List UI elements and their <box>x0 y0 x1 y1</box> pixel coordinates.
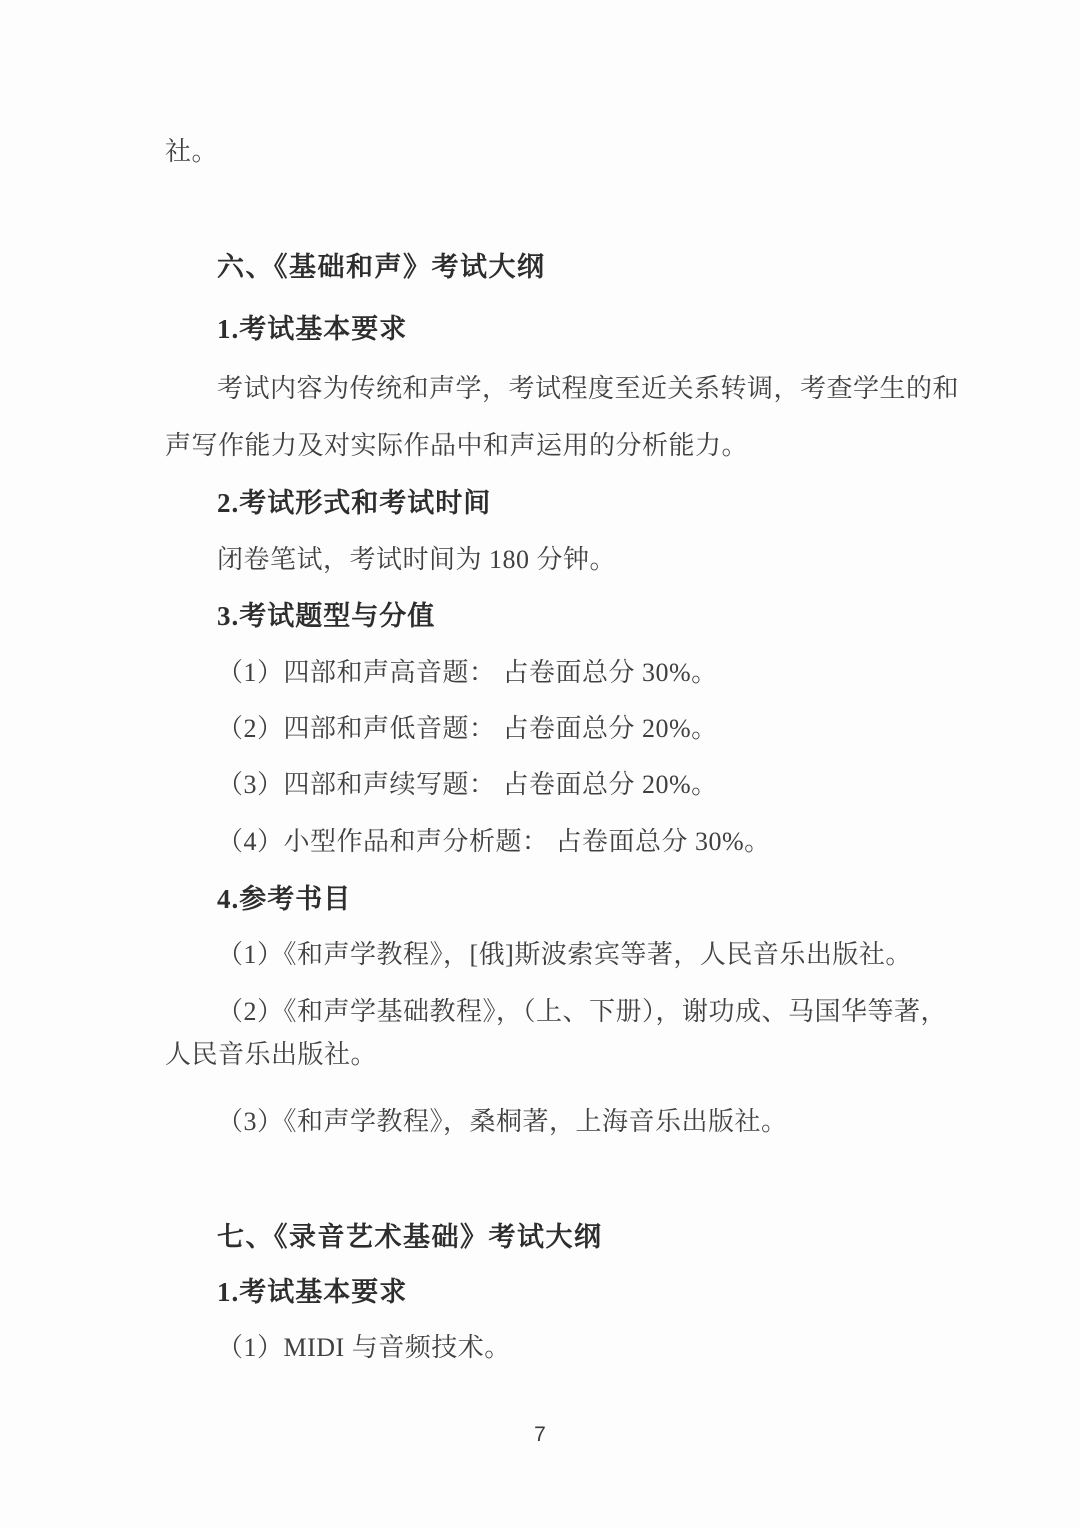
document-page: 社。 六、《基础和声》考试大纲 1.考试基本要求 考试内容为传统和声学，考试程度… <box>0 0 1080 1528</box>
list-item: （1）四部和声高音题： 占卷面总分 30%。 <box>217 658 718 688</box>
subsection-heading-basic-requirements: 1.考试基本要求 <box>217 314 407 344</box>
reference-item-continuation: 人民音乐出版社。 <box>165 1040 377 1070</box>
subsection-heading-question-types-scores: 3.考试题型与分值 <box>217 601 435 631</box>
page-number: 7 <box>0 1420 1080 1450</box>
list-item: （1）MIDI 与音频技术。 <box>217 1333 511 1363</box>
reference-item: （3）《和声学教程》，桑桐著，上海音乐出版社。 <box>217 1107 788 1137</box>
previous-paragraph-tail: 社。 <box>165 137 218 167</box>
reference-item: （1）《和声学教程》，[俄]斯波索宾等著，人民音乐出版社。 <box>217 940 912 970</box>
list-item: （2）四部和声低音题： 占卷面总分 20%。 <box>217 714 718 744</box>
paragraph-line: 考试内容为传统和声学，考试程度至近关系转调，考查学生的和 <box>217 374 959 404</box>
reference-item: （2）《和声学基础教程》，（上、下册），谢功成、马国华等著， <box>217 997 947 1027</box>
subsection-heading-reference-books: 4.参考书目 <box>217 884 351 914</box>
section-6-title: 六、《基础和声》考试大纲 <box>217 252 546 282</box>
list-item: （3）四部和声续写题： 占卷面总分 20%。 <box>217 770 718 800</box>
section-7-title: 七、《录音艺术基础》考试大纲 <box>217 1222 603 1252</box>
list-item: （4）小型作品和声分析题： 占卷面总分 30%。 <box>217 827 771 857</box>
subsection-heading-basic-requirements: 1.考试基本要求 <box>217 1277 407 1307</box>
paragraph-line: 声写作能力及对实际作品中和声运用的分析能力。 <box>165 431 748 461</box>
subsection-heading-exam-format-time: 2.考试形式和考试时间 <box>217 488 491 518</box>
paragraph-line: 闭卷笔试，考试时间为 180 分钟。 <box>217 545 616 575</box>
